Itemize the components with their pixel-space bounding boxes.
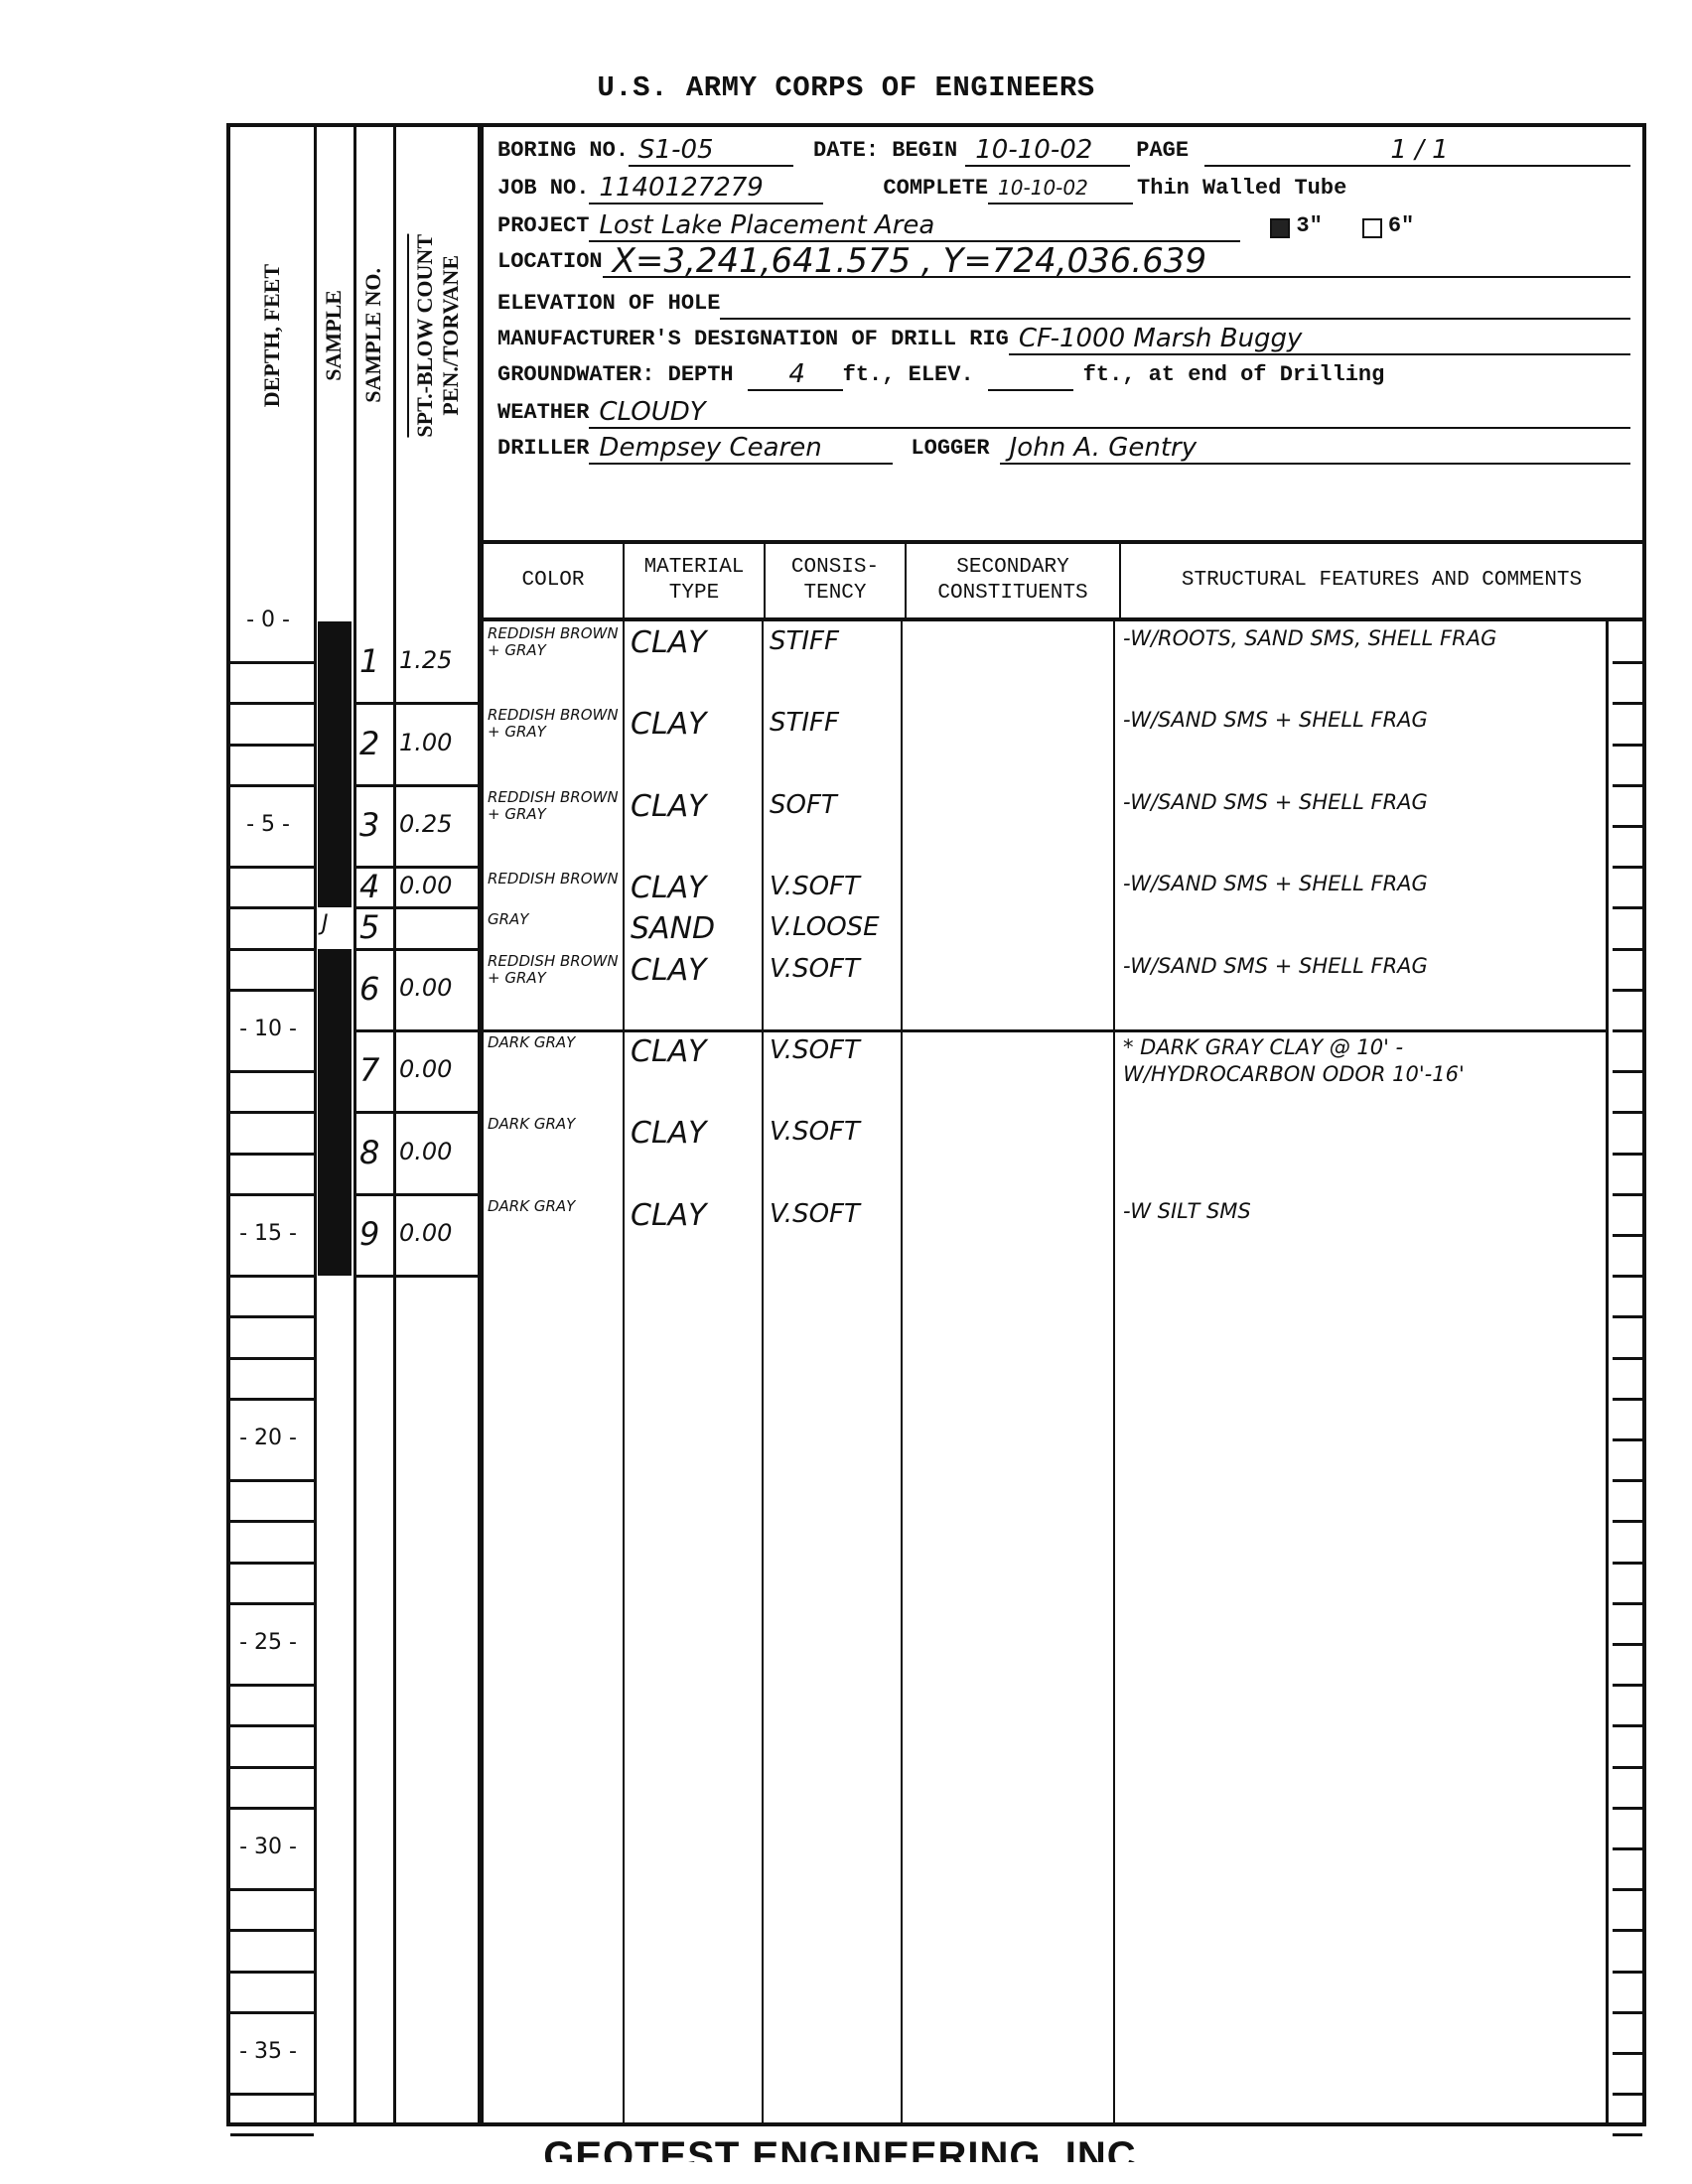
depth-label: - 25 - [230,1630,306,1655]
scale-tick [1613,1520,1642,1523]
scale-tick [1613,1275,1642,1278]
scale-tick [1613,1234,1642,1237]
depth-tick [230,1479,314,1482]
spt-blow-count-header: SPT.-BLOW COUNT [407,234,438,438]
secondary-column [901,621,1115,2122]
location-row: LOCATION X=3,241,641.575 , Y=724,036.639 [497,244,1630,278]
page-field[interactable]: 1 / 1 [1204,135,1630,167]
scale-tick [1613,1357,1642,1360]
scale-tick [1613,1888,1642,1891]
consistency-cell: V.SOFT [770,1034,899,1066]
comments-cell: -W/ROOTS, SAND SMS, SHELL FRAG [1123,625,1500,652]
agency-title: U.S. ARMY CORPS OF ENGINEERS [0,71,1692,104]
scale-tick [1613,1562,1642,1565]
sample-number: 2 [359,725,379,762]
tube-3in-checkbox[interactable] [1270,218,1290,238]
consistency-cell: V.SOFT [770,871,899,902]
scale-tick [1613,1438,1642,1441]
scale-tick [1613,1479,1642,1482]
pen-value: 0.00 [399,974,452,1002]
sample-bar [318,703,352,784]
driller-field[interactable]: Dempsey Cearen [589,433,893,465]
depth-tick [230,1357,314,1360]
depth-tick [230,661,314,664]
depth-tick [230,1724,314,1727]
color-cell: REDDISH BROWN + GRAY [488,789,621,823]
logger-field[interactable]: John A. Gentry [1000,433,1630,465]
depth-label: - 20 - [230,1426,306,1450]
consistency-cell: STIFF [770,625,899,657]
comments-cell: -W SILT SMS [1123,1198,1500,1225]
comments-cell: * DARK GRAY CLAY @ 10' -W/HYDROCARBON OD… [1123,1034,1500,1088]
depth-label: - 0 - [230,608,306,632]
color-header: COLOR [484,544,625,617]
comments-cell: -W/SAND SMS + SHELL FRAG [1123,953,1500,980]
consistency-cell: STIFF [770,707,899,739]
depth-label: - 15 - [230,1221,306,1246]
sample-divider [353,784,481,787]
consistency-column [762,621,903,2122]
color-cell: DARK GRAY [488,1116,621,1133]
pen-value: 0.00 [399,1055,452,1083]
sample-mark: J [322,911,329,936]
drill-rig-row: MANUFACTURER'S DESIGNATION OF DRILL RIG … [497,322,1630,355]
job-no-field[interactable]: 1140127279 [589,173,823,205]
sample-number: 7 [359,1051,379,1089]
scale-tick [1613,661,1642,664]
scale-tick [1613,1153,1642,1156]
depth-label: - 5 - [230,812,306,837]
depth-tick [230,1971,314,1974]
complete-date-field[interactable]: 10-10-02 [988,173,1133,205]
table-header: COLOR MATERIAL TYPE CONSIS- TENCY SECOND… [481,544,1642,621]
depth-tick [230,1111,314,1114]
left-log-body: - 0 -- 5 -- 10 -- 15 -- 20 -- 25 -- 30 -… [230,621,481,2122]
pen-torvane-header: PEN./TORVANE [438,255,464,416]
material-column [623,621,764,2122]
sample-bar [318,949,352,1030]
scale-tick [1613,825,1642,828]
scale-tick [1613,1971,1642,1974]
depth-tick [230,866,314,869]
consistency-cell: V.SOFT [770,953,899,985]
structural-features-header: STRUCTURAL FEATURES AND COMMENTS [1121,544,1642,617]
scale-tick [1613,1929,1642,1932]
drill-rig-field[interactable]: CF-1000 Marsh Buggy [1009,324,1630,355]
stratum-boundary [484,1029,1609,1032]
comments-cell: -W/SAND SMS + SHELL FRAG [1123,871,1500,897]
material-cell: CLAY [631,1116,760,1152]
location-field[interactable]: X=3,241,641.575 , Y=724,036.639 [603,246,1630,278]
pen-value: 1.25 [399,646,452,674]
depth-tick [230,744,314,747]
scale-tick [1613,1684,1642,1687]
depth-tick [230,2093,314,2096]
sample-bar [318,1112,352,1193]
tube-6in-checkbox[interactable] [1362,218,1382,238]
material-cell: CLAY [631,789,760,825]
sample-number: 6 [359,970,379,1008]
sample-number: 8 [359,1134,379,1171]
boring-info-block: BORING NO. S1-05 DATE: BEGIN 10-10-02 PA… [481,127,1642,544]
date-begin-field[interactable]: 10-10-02 [965,135,1130,167]
consistency-cell: SOFT [770,789,899,821]
sample-divider [353,948,481,951]
color-column [484,621,625,2122]
depth-tick [230,1070,314,1073]
sample-number: 3 [359,806,379,844]
scale-tick [1613,1643,1642,1646]
scale-tick [1613,744,1642,747]
job-row: JOB NO. 1140127279 COMPLETE 10-10-02 Thi… [497,171,1630,205]
scale-tick [1613,1847,1642,1850]
pen-value: 1.00 [399,729,452,756]
depth-label: - 10 - [230,1017,306,1041]
scale-tick [1613,1315,1642,1318]
weather-field[interactable]: CLOUDY [589,397,1630,429]
secondary-constituents-header: SECONDARY CONSTITUENTS [907,544,1121,617]
color-cell: REDDISH BROWN + GRAY [488,953,621,987]
pen-value: 0.00 [399,872,452,899]
scale-tick [1613,2011,1642,2014]
sample-divider [353,1029,481,1032]
boring-no-field[interactable]: S1-05 [629,135,793,167]
color-cell: DARK GRAY [488,1198,621,1215]
scale-tick [1613,2093,1642,2096]
scale-tick [1613,702,1642,705]
right-scale-column [1606,621,1642,2122]
material-cell: CLAY [631,625,760,661]
depth-tick [230,702,314,705]
color-cell: REDDISH BROWN + GRAY [488,625,621,659]
pen-value: 0.25 [399,810,452,838]
boring-row: BORING NO. S1-05 DATE: BEGIN 10-10-02 PA… [497,133,1630,167]
depth-tick [230,1929,314,1932]
depth-tick [230,1888,314,1891]
scale-tick [1613,1766,1642,1769]
scale-tick [1613,989,1642,992]
material-cell: CLAY [631,1198,760,1234]
log-body: REDDISH BROWN + GRAYCLAYSTIFF-W/ROOTS, S… [481,621,1642,2122]
color-cell: REDDISH BROWN [488,871,621,887]
pen-value: 0.00 [399,1219,452,1247]
material-cell: CLAY [631,871,760,906]
groundwater-row: GROUNDWATER: DEPTH 4 ft., ELEV. ft., at … [497,357,1630,391]
scale-tick [1613,784,1642,787]
sample-divider [353,1111,481,1114]
sample-bar [318,867,352,907]
sample-bar [318,621,352,703]
depth-label: - 30 - [230,1835,306,1859]
depth-tick [230,1398,314,1401]
boring-log-form: DEPTH, FEET SAMPLE SAMPLE NO. SPT.-BLOW … [226,123,1646,2126]
material-cell: SAND [631,911,760,947]
sample-divider [353,1275,481,1278]
consistency-header: CONSIS- TENCY [766,544,907,617]
depth-tick [230,1602,314,1605]
color-cell: REDDISH BROWN + GRAY [488,707,621,741]
material-type-header: MATERIAL TYPE [625,544,766,617]
sample-number: 9 [359,1215,379,1253]
scale-tick [1613,906,1642,909]
material-cell: CLAY [631,1034,760,1070]
pen-value: 0.00 [399,1138,452,1165]
comments-cell: -W/SAND SMS + SHELL FRAG [1123,789,1500,816]
company-footer: GEOTEST ENGINEERING, INC. [0,2134,1692,2162]
consistency-cell: V.SOFT [770,1116,899,1148]
depth-tick [230,784,314,787]
depth-tick [230,906,314,909]
depth-tick [230,1520,314,1523]
sample-bar [318,1194,352,1276]
material-cell: CLAY [631,953,760,989]
scale-tick [1613,1602,1642,1605]
weather-row: WEATHER CLOUDY [497,395,1630,429]
sample-divider [353,1193,481,1196]
elevation-field[interactable] [720,318,1630,320]
color-cell: DARK GRAY [488,1034,621,1051]
scale-tick [1613,1724,1642,1727]
depth-tick [230,1315,314,1318]
sample-header: SAMPLE [321,290,347,381]
depth-tick [230,989,314,992]
sample-number: 1 [359,642,379,680]
scale-tick [1613,1193,1642,1196]
depth-tick [230,1807,314,1810]
sample-bar [318,785,352,867]
depth-tick [230,1766,314,1769]
depth-tick [230,2011,314,2014]
scale-tick [1613,1070,1642,1073]
material-cell: CLAY [631,707,760,743]
depth-label: - 35 - [230,2039,306,2064]
scale-tick [1613,1807,1642,1810]
groundwater-depth-field[interactable]: 4 [748,359,843,391]
depth-tick [230,1562,314,1565]
consistency-cell: V.SOFT [770,1198,899,1230]
depth-tick [230,948,314,951]
color-cell: GRAY [488,911,621,928]
scale-tick [1613,948,1642,951]
thin-walled-tube-label: Thin Walled Tube [1137,176,1346,205]
depth-tick [230,1684,314,1687]
sample-no-header: SAMPLE NO. [360,268,386,403]
scale-tick [1613,1398,1642,1401]
sample-divider [353,702,481,705]
scale-tick [1613,2052,1642,2055]
sample-number: 4 [359,868,379,905]
depth-header: DEPTH, FEET [259,264,285,407]
sample-bar [318,1030,352,1112]
project-field[interactable]: Lost Lake Placement Area [589,210,1240,242]
depth-tick [230,1193,314,1196]
driller-logger-row: DRILLER Dempsey Cearen LOGGER John A. Ge… [497,431,1630,465]
scale-tick [1613,866,1642,869]
sample-number: 5 [359,908,379,946]
groundwater-elev-field[interactable] [988,389,1073,391]
consistency-cell: V.LOOSE [770,911,899,943]
elevation-row: ELEVATION OF HOLE [497,286,1630,320]
depth-tick [230,1275,314,1278]
comments-cell: -W/SAND SMS + SHELL FRAG [1123,707,1500,734]
project-row: PROJECT Lost Lake Placement Area 3" 6" [497,208,1630,242]
scale-tick [1613,1111,1642,1114]
scale-tick [1613,1029,1642,1032]
depth-tick [230,1153,314,1156]
